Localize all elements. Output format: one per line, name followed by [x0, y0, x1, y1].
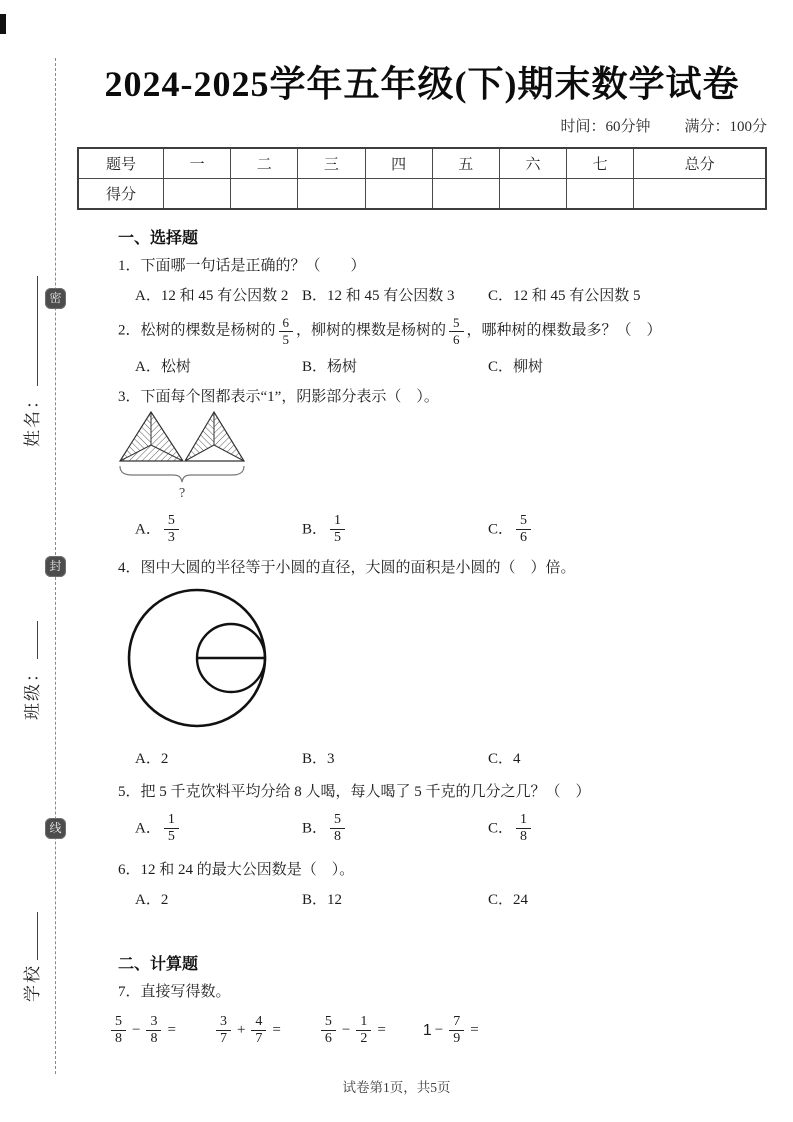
question-5-options: A．15 B．58 C．18 — [135, 811, 767, 847]
score-header-cell: 七 — [567, 148, 634, 179]
expression-2: 37 + 47 = — [213, 1013, 281, 1049]
question-2-part: 2．松树的棵数是杨树的 — [118, 323, 276, 339]
question-4-options: A．2 B．3 C．4 — [135, 747, 767, 768]
question-5-text: 5．把 5 千克饮料平均分给 8 人喝，每人喝了 5 千克的几分之几？（ ） — [118, 781, 767, 804]
score-table-score-row: 得分 — [78, 179, 766, 210]
question-2-part: ，哪种树的棵数最多？（ ） — [467, 323, 662, 339]
score-header-cell: 一 — [164, 148, 231, 179]
full-score: 满分：100分 — [684, 119, 767, 135]
option-a: A．2 — [135, 888, 302, 909]
score-cell — [432, 179, 499, 210]
time-limit: 时间：60分钟 — [560, 119, 650, 135]
fraction: 15 — [330, 514, 345, 546]
score-header-cell: 五 — [432, 148, 499, 179]
school-field: 学校 — [18, 912, 43, 1002]
option-c: C．24 — [488, 888, 767, 909]
option-c: C．4 — [488, 747, 767, 768]
option-a: A．2 — [135, 747, 302, 768]
question-2-options: A．松树 B．杨树 C．柳树 — [135, 355, 767, 376]
section-1-heading: 一、选择题 — [118, 225, 767, 248]
fraction: 53 — [164, 514, 179, 546]
expression-3: 56 − 12 = — [318, 1013, 386, 1049]
operator: − — [435, 1022, 443, 1039]
option-b: B．12 — [302, 888, 488, 909]
question-2-part: ，柳树的棵数是杨树的 — [296, 323, 446, 339]
circles-figure — [125, 584, 277, 734]
equals-sign: = — [470, 1022, 478, 1039]
exam-title: 2024-2025学年五年级(下)期末数学试卷 — [77, 56, 767, 107]
option-c: C．柳树 — [488, 355, 767, 376]
option-b: B．3 — [302, 747, 488, 768]
fraction: 79 — [449, 1015, 464, 1047]
fraction: 58 — [330, 813, 345, 845]
score-cell — [365, 179, 432, 210]
option-c: C．18 — [488, 811, 767, 847]
score-table: 题号 一 二 三 四 五 六 七 总分 得分 — [77, 147, 767, 210]
score-header-cell: 总分 — [634, 148, 766, 179]
scan-edge-mark — [0, 14, 6, 34]
fraction: 56 — [516, 514, 531, 546]
question-2-text: 2．松树的棵数是杨树的65，柳树的棵数是杨树的56，哪种树的棵数最多？（ ） — [118, 314, 767, 348]
equals-sign: = — [167, 1022, 175, 1039]
exam-content: 2024-2025学年五年级(下)期末数学试卷 时间：60分钟满分：100分 题… — [77, 0, 767, 1049]
whole-number: 1 — [423, 1022, 432, 1040]
option-b: B．58 — [302, 811, 488, 847]
name-field-label: 姓名： — [23, 390, 42, 447]
class-field: 班级： — [18, 621, 43, 720]
fraction: 37 — [216, 1015, 231, 1047]
option-b: B．杨树 — [302, 355, 488, 376]
fraction: 58 — [111, 1015, 126, 1047]
seal-stamp-feng: 封 — [45, 556, 66, 577]
school-field-label: 学校 — [23, 964, 42, 1002]
operator: − — [132, 1022, 140, 1039]
school-blank-line — [24, 912, 38, 960]
option-a: A．53 — [135, 512, 302, 548]
score-cell — [231, 179, 298, 210]
name-field: 姓名： — [18, 276, 43, 447]
fraction: 56 — [321, 1015, 336, 1047]
seal-stamp-mi: 密 — [45, 288, 66, 309]
brace-under-triangles — [120, 466, 244, 482]
option-b: B．15 — [302, 512, 488, 548]
option-b: B．12 和 45 有公因数 3 — [302, 284, 488, 305]
expression-1: 58 − 38 = — [108, 1013, 176, 1049]
equals-sign: = — [272, 1022, 280, 1039]
score-header-cell: 六 — [499, 148, 566, 179]
shaded-triangles-figure: ? — [117, 409, 251, 501]
score-header-cell: 二 — [231, 148, 298, 179]
question-4-text: 4．图中大圆的半径等于小圆的直径，大圆的面积是小圆的（ ）倍。 — [118, 557, 767, 580]
question-1-text: 1．下面哪一句话是正确的？（ ） — [118, 255, 767, 278]
fraction: 38 — [146, 1015, 161, 1047]
class-field-label: 班级： — [23, 663, 42, 720]
page-footer: 试卷第1页，共5页 — [0, 1076, 793, 1096]
question-3-text: 3．下面每个图都表示“1”，阴影部分表示（ ）。 — [118, 386, 767, 409]
question-3-options: A．53 B．15 C．56 — [135, 512, 767, 548]
fraction: 47 — [251, 1015, 266, 1047]
question-7-text: 7．直接写得数。 — [118, 981, 767, 1004]
question-3-figure: ? — [117, 409, 767, 506]
fraction: 65 — [279, 316, 294, 346]
question-7-expressions: 58 − 38 = 37 + 47 = 56 − 12 = 1 − 79 = — [108, 1013, 767, 1049]
seal-stamp-xian: 线 — [45, 818, 66, 839]
score-cell — [499, 179, 566, 210]
exam-page: { "header": { "title": "2024-2025学年五年级(下… — [0, 0, 793, 1122]
option-a: A．松树 — [135, 355, 302, 376]
class-blank-line — [24, 621, 38, 659]
fraction: 18 — [516, 813, 531, 845]
operator: + — [237, 1022, 245, 1039]
section-2-heading: 二、计算题 — [118, 951, 767, 974]
fraction: 56 — [449, 316, 464, 346]
score-cell — [567, 179, 634, 210]
score-cell — [634, 179, 766, 210]
score-header-cell: 三 — [298, 148, 365, 179]
operator: − — [342, 1022, 350, 1039]
name-blank-line — [24, 276, 38, 386]
question-4-figure — [125, 584, 767, 739]
fraction: 15 — [164, 813, 179, 845]
score-header-cell: 四 — [365, 148, 432, 179]
option-c: C．56 — [488, 512, 767, 548]
score-table-header-row: 题号 一 二 三 四 五 六 七 总分 — [78, 148, 766, 179]
equals-sign: = — [377, 1022, 385, 1039]
exam-meta: 时间：60分钟满分：100分 — [77, 115, 767, 136]
score-row-label: 得分 — [78, 179, 164, 210]
option-c: C．12 和 45 有公因数 5 — [488, 284, 767, 305]
score-header-cell: 题号 — [78, 148, 164, 179]
option-a: A．15 — [135, 811, 302, 847]
question-6-options: A．2 B．12 C．24 — [135, 888, 767, 909]
option-a: A．12 和 45 有公因数 2 — [135, 284, 302, 305]
expression-4: 1 − 79 = — [423, 1013, 479, 1049]
score-cell — [298, 179, 365, 210]
question-1-options: A．12 和 45 有公因数 2 B．12 和 45 有公因数 3 C．12 和… — [135, 284, 767, 305]
question-mark-label: ? — [179, 486, 185, 501]
question-6-text: 6．12 和 24 的最大公因数是（ ）。 — [118, 859, 767, 882]
fraction: 12 — [356, 1015, 371, 1047]
score-cell — [164, 179, 231, 210]
